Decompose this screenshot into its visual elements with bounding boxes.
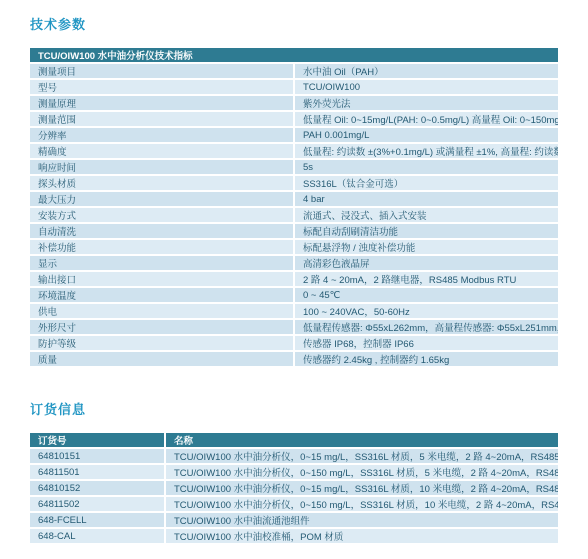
table-row: 输出接口 2 路 4 ~ 20mA，2 路继电器，RS485 Modbus RT… [30, 271, 558, 287]
table-row: 测量原理 紫外荧光法 [30, 95, 558, 111]
spec-value: 标配自动刮刷清洁功能 [294, 223, 558, 239]
table-row: 响应时间 5s [30, 159, 558, 175]
spec-label: 安装方式 [30, 207, 294, 223]
table-row: 安装方式 流通式、浸没式、插入式安装 [30, 207, 558, 223]
table-row: 质量 传感器约 2.45kg , 控制器约 1.65kg [30, 351, 558, 367]
spec-value: TCU/OIW100 [294, 79, 558, 95]
spec-label: 最大压力 [30, 191, 294, 207]
order-name-column-header: 名称 [165, 433, 558, 448]
order-code: 64810152 [30, 480, 165, 496]
spec-label: 探头材质 [30, 175, 294, 191]
spec-label: 精确度 [30, 143, 294, 159]
table-row: 测量范围 低量程 Oil: 0~15mg/L(PAH: 0~0.5mg/L) 高… [30, 111, 558, 127]
spec-value: 低量程传感器: Φ55xL262mm，高量程传感器: Φ55xL251mm，控制… [294, 319, 558, 335]
spec-label: 输出接口 [30, 271, 294, 287]
table-row: 64810152 TCU/OIW100 水中油分析仪，0~15 mg/L，SS3… [30, 480, 558, 496]
table-row: 64811502 TCU/OIW100 水中油分析仪，0~150 mg/L，SS… [30, 496, 558, 512]
spec-label: 补偿功能 [30, 239, 294, 255]
spec-value: 标配悬浮物 / 浊度补偿功能 [294, 239, 558, 255]
order-table-header-row: 订货号 名称 [30, 433, 558, 448]
spec-label: 显示 [30, 255, 294, 271]
spec-value: 2 路 4 ~ 20mA，2 路继电器，RS485 Modbus RTU [294, 271, 558, 287]
table-row: 补偿功能 标配悬浮物 / 浊度补偿功能 [30, 239, 558, 255]
table-row: 外形尺寸 低量程传感器: Φ55xL262mm，高量程传感器: Φ55xL251… [30, 319, 558, 335]
order-name: TCU/OIW100 水中油分析仪，0~15 mg/L，SS316L 材质，5 … [165, 448, 558, 464]
spec-label: 外形尺寸 [30, 319, 294, 335]
table-row: 精确度 低量程: 约读数 ±(3%+0.1mg/L) 或满量程 ±1%, 高量程… [30, 143, 558, 159]
spec-value: 水中油 Oil（PAH） [294, 63, 558, 79]
order-name: TCU/OIW100 水中油校准桶，POM 材质 [165, 528, 558, 544]
order-name: TCU/OIW100 水中油流通池组件 [165, 512, 558, 528]
order-code: 64811502 [30, 496, 165, 512]
spec-value: 传感器约 2.45kg , 控制器约 1.65kg [294, 351, 558, 367]
order-code: 64810151 [30, 448, 165, 464]
order-name: TCU/OIW100 水中油分析仪，0~15 mg/L，SS316L 材质，10… [165, 480, 558, 496]
table-row: 64811501 TCU/OIW100 水中油分析仪，0~150 mg/L，SS… [30, 464, 558, 480]
table-row: 环境温度 0 ~ 45℃ [30, 287, 558, 303]
datasheet-page: 技术参数 TCU/OIW100 水中油分析仪技术指标 测量项目 水中油 Oil（… [0, 0, 588, 559]
spec-label: 测量项目 [30, 63, 294, 79]
spec-label: 环境温度 [30, 287, 294, 303]
table-row: 64810151 TCU/OIW100 水中油分析仪，0~15 mg/L，SS3… [30, 448, 558, 464]
table-row: 供电 100 ~ 240VAC，50-60Hz [30, 303, 558, 319]
table-row: 最大压力 4 bar [30, 191, 558, 207]
spec-label: 测量范围 [30, 111, 294, 127]
order-code: 64811501 [30, 464, 165, 480]
table-row: 探头材质 SS316L（钛合金可选） [30, 175, 558, 191]
table-row: 型号 TCU/OIW100 [30, 79, 558, 95]
spec-value: 低量程: 约读数 ±(3%+0.1mg/L) 或满量程 ±1%, 高量程: 约读… [294, 143, 558, 159]
spec-value: 5s [294, 159, 558, 175]
spec-label: 防护等级 [30, 335, 294, 351]
spec-label: 供电 [30, 303, 294, 319]
spec-label: 响应时间 [30, 159, 294, 175]
order-code: 648-CAL [30, 528, 165, 544]
tech-spec-table: TCU/OIW100 水中油分析仪技术指标 测量项目 水中油 Oil（PAH） … [30, 48, 558, 368]
order-section-title: 订货信息 [30, 368, 588, 418]
spec-value: PAH 0.001mg/L [294, 127, 558, 143]
spec-label: 自动清洗 [30, 223, 294, 239]
spec-label: 型号 [30, 79, 294, 95]
order-info-table: 订货号 名称 64810151 TCU/OIW100 水中油分析仪，0~15 m… [30, 433, 558, 545]
table-row: 自动清洗 标配自动刮刷清洁功能 [30, 223, 558, 239]
spec-label: 测量原理 [30, 95, 294, 111]
tech-table-header-row: TCU/OIW100 水中油分析仪技术指标 [30, 48, 558, 63]
spec-value: 高清彩色液晶屏 [294, 255, 558, 271]
order-name: TCU/OIW100 水中油分析仪，0~150 mg/L，SS316L 材质，5… [165, 464, 558, 480]
spec-value: 传感器 IP68，控制器 IP66 [294, 335, 558, 351]
order-code-column-header: 订货号 [30, 433, 165, 448]
table-row: 648-CAL TCU/OIW100 水中油校准桶，POM 材质 [30, 528, 558, 544]
spec-value: 0 ~ 45℃ [294, 287, 558, 303]
table-row: 显示 高清彩色液晶屏 [30, 255, 558, 271]
spec-value: 低量程 Oil: 0~15mg/L(PAH: 0~0.5mg/L) 高量程 Oi… [294, 111, 558, 127]
spec-value: 紫外荧光法 [294, 95, 558, 111]
spec-value: 4 bar [294, 191, 558, 207]
spec-value: 流通式、浸没式、插入式安装 [294, 207, 558, 223]
table-row: 648-FCELL TCU/OIW100 水中油流通池组件 [30, 512, 558, 528]
tech-section-title: 技术参数 [30, 0, 588, 33]
tech-table-header: TCU/OIW100 水中油分析仪技术指标 [30, 48, 558, 63]
table-row: 测量项目 水中油 Oil（PAH） [30, 63, 558, 79]
spec-value: SS316L（钛合金可选） [294, 175, 558, 191]
spec-label: 分辨率 [30, 127, 294, 143]
table-row: 防护等级 传感器 IP68，控制器 IP66 [30, 335, 558, 351]
order-code: 648-FCELL [30, 512, 165, 528]
table-row: 分辨率 PAH 0.001mg/L [30, 127, 558, 143]
spec-label: 质量 [30, 351, 294, 367]
spec-value: 100 ~ 240VAC，50-60Hz [294, 303, 558, 319]
order-name: TCU/OIW100 水中油分析仪，0~150 mg/L，SS316L 材质，1… [165, 496, 558, 512]
